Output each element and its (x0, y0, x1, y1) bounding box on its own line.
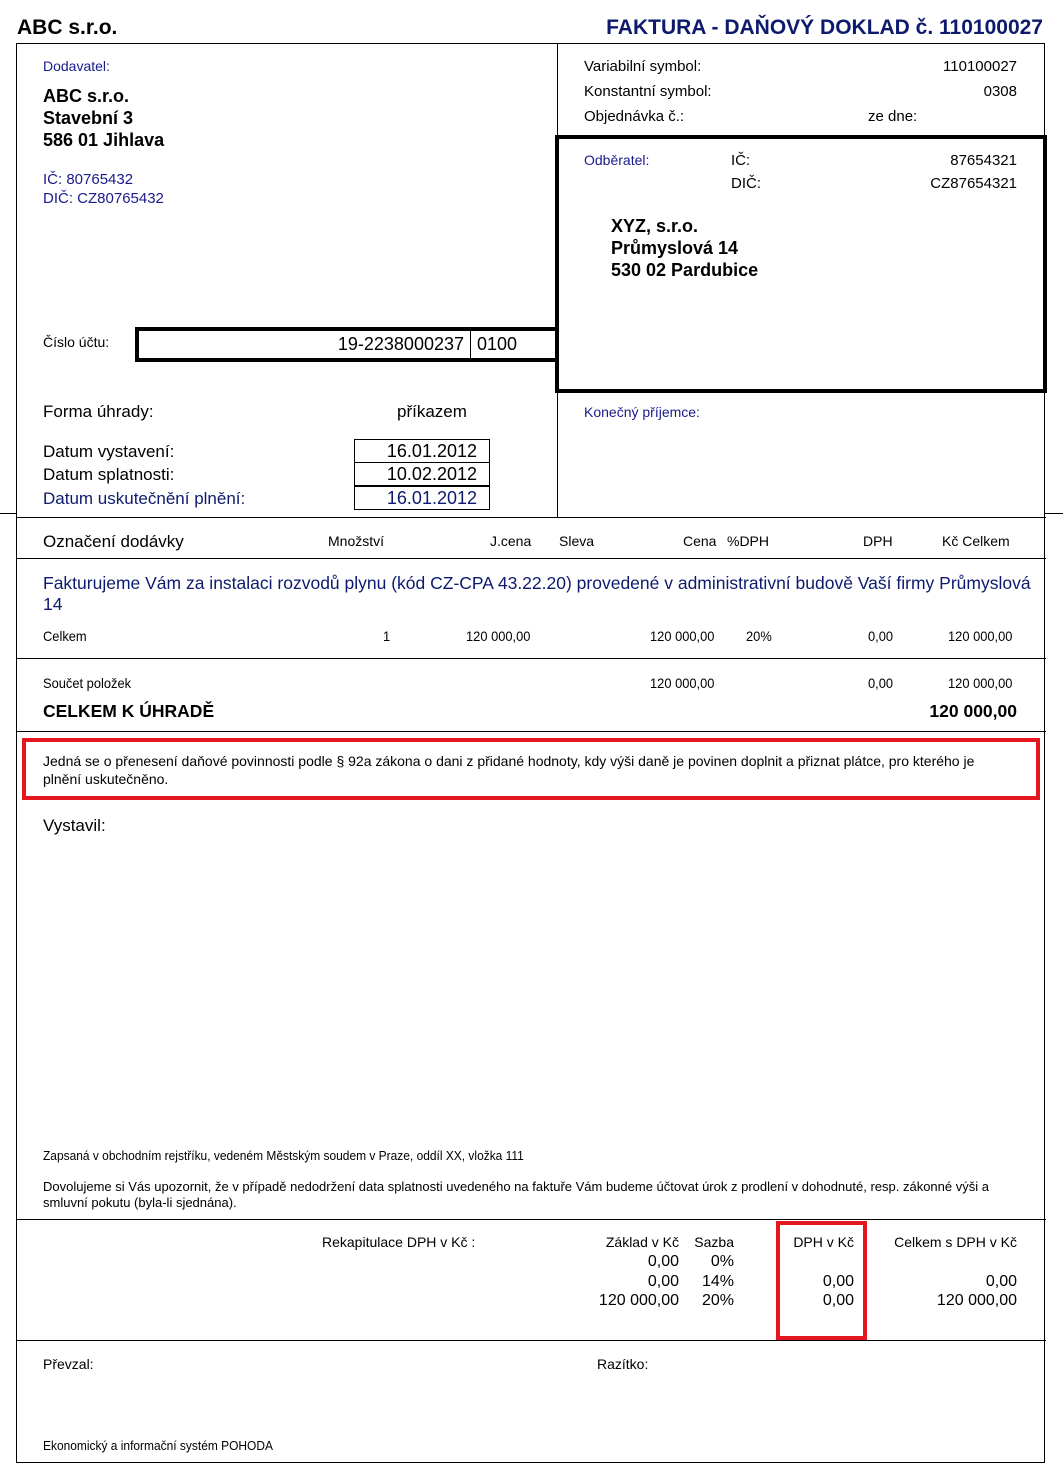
vat-recap-rate: 14% (702, 1273, 734, 1291)
order-number-label: Objednávka č.: (584, 108, 684, 125)
col-price: Cena (683, 533, 716, 549)
col-vat: DPH (863, 533, 893, 549)
account-label: Číslo účtu: (43, 334, 109, 350)
date-due-value: 10.02.2012 (354, 462, 490, 486)
vat-recap-total-header: Celkem s DPH v Kč (894, 1234, 1017, 1250)
supplier-city: 586 01 Jihlava (43, 129, 164, 151)
customer-city: 530 02 Pardubice (611, 259, 758, 281)
col-discount: Sleva (559, 533, 594, 549)
item-price: 120 000,00 (650, 628, 714, 644)
divider (16, 1219, 1046, 1220)
col-unit-price: J.cena (490, 533, 531, 549)
divider (1045, 513, 1063, 514)
sum-label: Součet položek (43, 675, 131, 691)
divider (0, 513, 17, 514)
late-payment-note: Dovolujeme si Vás upozornit, že v případ… (43, 1179, 1033, 1211)
variable-symbol-value: 110100027 (943, 58, 1017, 75)
stamp-label: Razítko: (597, 1356, 648, 1372)
received-by-label: Převzal: (43, 1356, 94, 1372)
customer-label: Odběratel: (584, 152, 649, 168)
date-taxable-value: 16.01.2012 (354, 486, 490, 510)
item-unit-price: 120 000,00 (466, 628, 530, 644)
vat-recap-base: 0,00 (648, 1253, 679, 1271)
supplier-name: ABC s.r.o. (43, 85, 129, 107)
final-recipient-label: Konečný příjemce: (584, 404, 700, 420)
document-title: FAKTURA - DAŇOVÝ DOKLAD č. 110100027 (606, 16, 1043, 40)
divider (16, 658, 1046, 659)
divider (16, 558, 1046, 559)
divider (16, 517, 1046, 518)
payment-method-label: Forma úhrady: (43, 402, 154, 422)
customer-dic-label: DIČ: (731, 175, 761, 192)
col-designation: Označení dodávky (43, 532, 184, 552)
supplier-label: Dodavatel: (43, 58, 110, 74)
vat-recap-total: 120 000,00 (937, 1292, 1017, 1310)
registry-note: Zapsaná v obchodním rejstříku, vedeném M… (43, 1148, 524, 1163)
supplier-street: Stavební 3 (43, 107, 133, 129)
col-total: Kč Celkem (942, 533, 1010, 549)
item-quantity: 1 (383, 628, 390, 644)
customer-name: XYZ, s.r.o. (611, 215, 698, 237)
item-total: 120 000,00 (948, 628, 1012, 644)
account-number: 19-2238000237 (139, 331, 471, 358)
date-issued-label: Datum vystavení: (43, 442, 174, 462)
divider (16, 1340, 1046, 1341)
variable-symbol-label: Variabilní symbol: (584, 58, 701, 75)
customer-street: Průmyslová 14 (611, 237, 738, 259)
sum-vat: 0,00 (868, 675, 893, 691)
date-taxable-label: Datum uskutečnění plnění: (43, 489, 245, 509)
divider (16, 731, 1046, 732)
item-vat-pct: 20% (746, 628, 772, 644)
divider (557, 43, 558, 135)
divider (557, 393, 558, 517)
sum-total: 120 000,00 (948, 675, 1012, 691)
col-quantity: Množství (328, 533, 384, 549)
account-box: 19-2238000237 0100 (135, 327, 557, 362)
sum-price: 120 000,00 (650, 675, 714, 691)
vat-recap-rate-header: Sazba (694, 1234, 734, 1250)
vat-column-highlight (776, 1221, 867, 1340)
grand-total-label: CELKEM K ÚHRADĚ (43, 701, 214, 722)
item-description: Fakturujeme Vám za instalaci rozvodů ply… (43, 573, 1033, 615)
constant-symbol-value: 0308 (984, 83, 1017, 100)
supplier-ic: IČ: 80765432 (43, 171, 133, 188)
customer-ic-label: IČ: (731, 152, 750, 169)
vat-recap-base-header: Základ v Kč (606, 1234, 679, 1250)
date-issued-value: 16.01.2012 (354, 439, 490, 463)
order-date-label: ze dne: (868, 108, 917, 125)
vat-recap-label: Rekapitulace DPH v Kč : (322, 1234, 475, 1250)
vat-recap-base: 120 000,00 (599, 1292, 679, 1310)
item-row-label: Celkem (43, 628, 87, 644)
col-vat-pct: %DPH (727, 533, 769, 549)
bank-code: 0100 (471, 331, 557, 358)
item-vat: 0,00 (868, 628, 893, 644)
grand-total-value: 120 000,00 (929, 701, 1017, 722)
vat-recap-base: 0,00 (648, 1273, 679, 1291)
software-credit: Ekonomický a informační systém POHODA (43, 1438, 273, 1453)
customer-dic-value: CZ87654321 (930, 175, 1017, 192)
header-company-name: ABC s.r.o. (17, 16, 117, 40)
vat-recap-rate: 0% (711, 1253, 734, 1271)
reverse-charge-notice: Jedná se o přenesení daňové povinnosti p… (43, 752, 1003, 788)
customer-ic-value: 87654321 (950, 152, 1017, 169)
issued-by-label: Vystavil: (43, 816, 106, 836)
supplier-dic: DIČ: CZ80765432 (43, 190, 164, 207)
vat-recap-rate: 20% (702, 1292, 734, 1310)
payment-method-value: příkazem (397, 402, 467, 422)
constant-symbol-label: Konstantní symbol: (584, 83, 712, 100)
vat-recap-total: 0,00 (986, 1273, 1017, 1291)
date-due-label: Datum splatnosti: (43, 465, 174, 485)
